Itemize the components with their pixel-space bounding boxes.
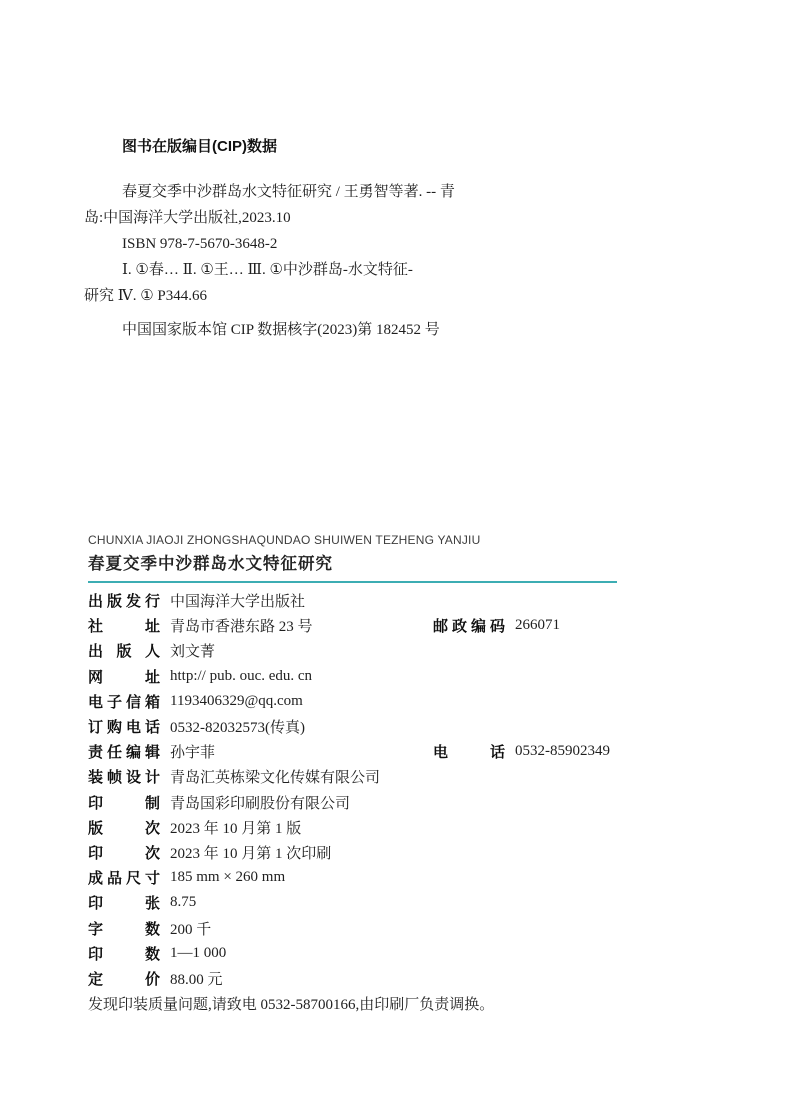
colophon-row: 订购电话 0532-82032573(传真) — [88, 714, 708, 739]
row-value: http:// pub. ouc. edu. cn — [170, 668, 312, 685]
book-title-pinyin: CHUNXIA JIAOJI ZHONGSHAQUNDAO SHUIWEN TE… — [88, 532, 617, 548]
row-value: 2023 年 10 月第 1 次印刷 — [170, 842, 331, 863]
colophon-row: 印制 青岛国彩印刷股份有限公司 — [88, 790, 708, 815]
row-label: 版次 — [88, 817, 160, 838]
colophon-row: 印数 1—1 000 — [88, 941, 708, 966]
row-value: 88.00 元 — [170, 968, 223, 989]
title-underline-rule — [88, 581, 617, 583]
colophon-row: 网址 http:// pub. ouc. edu. cn — [88, 664, 708, 689]
colophon-row: 电子信箱 1193406329@qq.com — [88, 689, 708, 714]
cip-record-number: 中国国家版本馆 CIP 数据核字(2023)第 182452 号 — [84, 317, 624, 343]
colophon-row: 社址 青岛市香港东路 23 号 邮政编码 266071 — [88, 613, 708, 638]
row-label: 责任编辑 — [88, 741, 160, 762]
cip-classification-line1: Ⅰ. ①春… Ⅱ. ①王… Ⅲ. ①中沙群岛-水文特征- — [84, 257, 624, 283]
colophon-row: 印张 8.75 — [88, 890, 708, 915]
row-value: 青岛市香港东路 23 号 — [170, 615, 313, 636]
row-value-right: 0532-85902349 — [515, 743, 610, 760]
row-label: 网址 — [88, 666, 160, 687]
cip-header: 图书在版编目(CIP)数据 — [84, 134, 624, 160]
cip-isbn: ISBN 978-7-5670-3648-2 — [84, 231, 624, 257]
row-value: 185 mm × 260 mm — [170, 869, 285, 886]
row-value: 1—1 000 — [170, 945, 226, 962]
colophon-row: 成品尺寸 185 mm × 260 mm — [88, 865, 708, 890]
row-label: 印次 — [88, 842, 160, 863]
row-value: 刘文菁 — [170, 640, 215, 661]
row-label: 成品尺寸 — [88, 867, 160, 888]
row-value: 青岛汇英栋梁文化传媒有限公司 — [170, 766, 380, 787]
row-label: 电子信箱 — [88, 691, 160, 712]
colophon-row: 出版发行 中国海洋大学出版社 — [88, 588, 708, 613]
row-value: 2023 年 10 月第 1 版 — [170, 817, 301, 838]
colophon-row: 定价 88.00 元 — [88, 966, 708, 991]
cip-description-line2: 岛:中国海洋大学出版社,2023.10 — [84, 205, 624, 231]
row-label: 订购电话 — [88, 716, 160, 737]
copyright-page: 图书在版编目(CIP)数据 春夏交季中沙群岛水文特征研究 / 王勇智等著. --… — [0, 0, 799, 1114]
colophon-block: 出版发行 中国海洋大学出版社 社址 青岛市香港东路 23 号 邮政编码 2660… — [88, 588, 708, 1016]
colophon-row: 责任编辑 孙宇菲 电话 0532-85902349 — [88, 739, 708, 764]
row-value: 中国海洋大学出版社 — [170, 590, 305, 611]
row-label: 印数 — [88, 943, 160, 964]
row-value-right: 266071 — [515, 617, 560, 634]
colophon-row: 版次 2023 年 10 月第 1 版 — [88, 815, 708, 840]
row-value: 200 千 — [170, 918, 211, 939]
colophon-row: 出版人 刘文菁 — [88, 638, 708, 663]
book-title: 春夏交季中沙群岛水文特征研究 — [88, 553, 617, 575]
cip-description-line1: 春夏交季中沙群岛水文特征研究 / 王勇智等著. -- 青 — [84, 179, 624, 205]
colophon-row: 装帧设计 青岛汇英栋梁文化传媒有限公司 — [88, 764, 708, 789]
row-label: 印制 — [88, 792, 160, 813]
row-right-group: 邮政编码 266071 — [433, 613, 560, 638]
row-label: 字数 — [88, 918, 160, 939]
row-label: 印张 — [88, 892, 160, 913]
quality-notice: 发现印装质量问题,请致电 0532-58700166,由印刷厂负责调换。 — [88, 991, 708, 1016]
row-value: 8.75 — [170, 894, 196, 911]
row-value: 孙宇菲 — [170, 741, 215, 762]
colophon-row: 印次 2023 年 10 月第 1 次印刷 — [88, 840, 708, 865]
colophon-row: 字数 200 千 — [88, 915, 708, 940]
row-value: 青岛国彩印刷股份有限公司 — [170, 792, 350, 813]
row-value: 0532-82032573(传真) — [170, 716, 305, 737]
row-label-right: 电话 — [433, 741, 505, 762]
row-label: 社址 — [88, 615, 160, 636]
row-label: 装帧设计 — [88, 766, 160, 787]
cip-classification-line2: 研究 Ⅳ. ① P344.66 — [84, 283, 624, 309]
title-block: CHUNXIA JIAOJI ZHONGSHAQUNDAO SHUIWEN TE… — [88, 532, 617, 583]
row-right-group: 电话 0532-85902349 — [433, 739, 610, 764]
cip-block: 图书在版编目(CIP)数据 春夏交季中沙群岛水文特征研究 / 王勇智等著. --… — [84, 134, 624, 343]
row-label: 定价 — [88, 968, 160, 989]
row-label: 出版人 — [88, 640, 160, 661]
row-label-right: 邮政编码 — [433, 615, 505, 636]
row-value: 1193406329@qq.com — [170, 693, 303, 710]
row-label: 出版发行 — [88, 590, 160, 611]
